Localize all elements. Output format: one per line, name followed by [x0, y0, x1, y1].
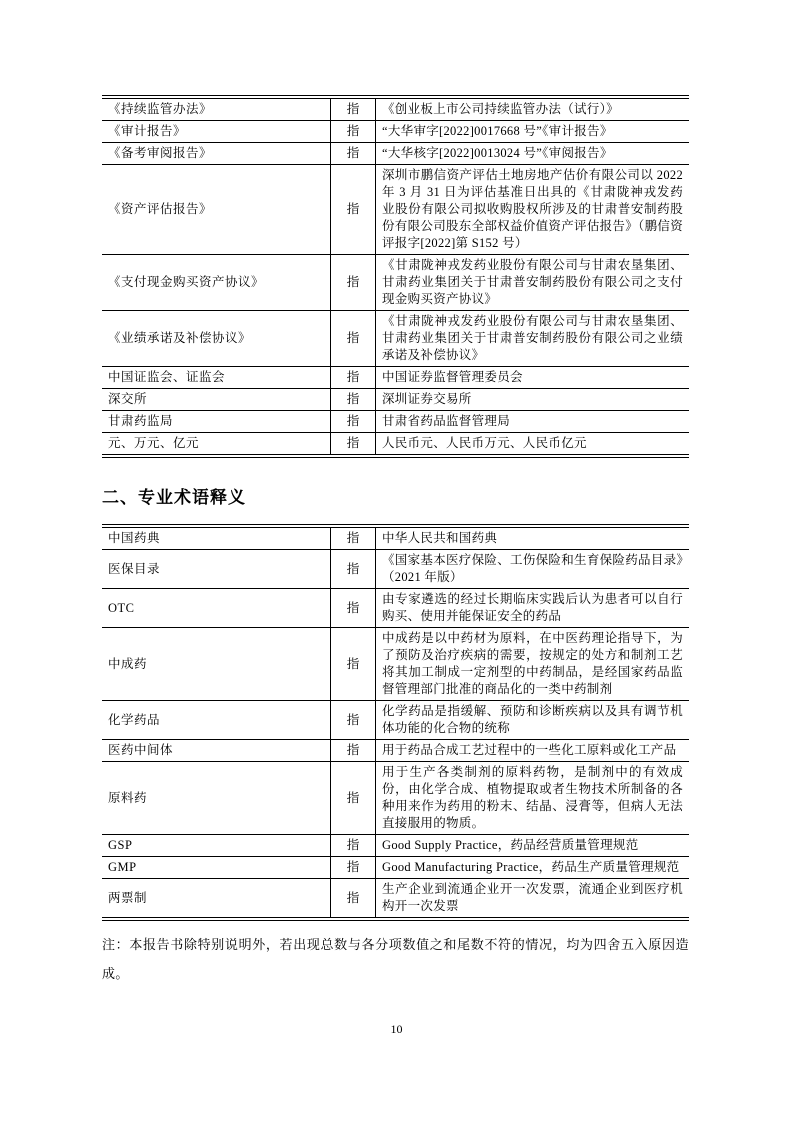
definition-cell: 深圳市鹏信资产评估土地房地产估价有限公司以 2022 年 3 月 31 日为评估…: [376, 165, 690, 255]
footnote: 注：本报告书除特别说明外，若出现总数与各分项数值之和尾数不符的情况，均为四舍五入…: [102, 930, 689, 988]
definition-cell: 化学药品是指缓解、预防和诊断疾病以及具有调节机体功能的化合物的统称: [376, 701, 690, 740]
indicator-cell: 指: [331, 121, 376, 143]
term-cell: 《备考审阅报告》: [102, 143, 331, 165]
indicator-cell: 指: [331, 701, 376, 740]
indicator-cell: 指: [331, 411, 376, 433]
term-cell: 两票制: [102, 879, 331, 920]
table-row: GSP 指 Good Supply Practice，药品经营质量管理规范: [102, 835, 689, 857]
term-cell: 《业绩承诺及补偿协议》: [102, 311, 331, 367]
indicator-cell: 指: [331, 97, 376, 121]
term-cell: GSP: [102, 835, 331, 857]
table-row: 化学药品 指 化学药品是指缓解、预防和诊断疾病以及具有调节机体功能的化合物的统称: [102, 701, 689, 740]
term-cell: 原料药: [102, 762, 331, 835]
term-cell: 《支付现金购买资产协议》: [102, 255, 331, 311]
table-row: 中成药 指 中成药是以中药材为原料，在中医药理论指导下，为了预防及治疗疾病的需要…: [102, 628, 689, 701]
document-page: 《持续监管办法》 指 《创业板上市公司持续监管办法（试行）》 《审计报告》 指 …: [0, 0, 793, 1122]
indicator-cell: 指: [331, 879, 376, 920]
term-cell: 中成药: [102, 628, 331, 701]
term-cell: GMP: [102, 857, 331, 879]
table-row: 《支付现金购买资产协议》 指 《甘肃陇神戎发药业股份有限公司与甘肃农垦集团、甘肃…: [102, 255, 689, 311]
table-row: 《持续监管办法》 指 《创业板上市公司持续监管办法（试行）》: [102, 97, 689, 121]
definition-cell: “大华审字[2022]0017668 号”《审计报告》: [376, 121, 690, 143]
indicator-cell: 指: [331, 389, 376, 411]
table-row: 中国药典 指 中华人民共和国药典: [102, 526, 689, 550]
definitions-table: 《持续监管办法》 指 《创业板上市公司持续监管办法（试行）》 《审计报告》 指 …: [102, 95, 689, 458]
table-row: 《资产评估报告》 指 深圳市鹏信资产评估土地房地产估价有限公司以 2022 年 …: [102, 165, 689, 255]
definition-cell: 《国家基本医疗保险、工伤保险和生育保险药品目录》（2021 年版）: [376, 550, 690, 589]
table-row: 两票制 指 生产企业到流通企业开一次发票，流通企业到医疗机构开一次发票: [102, 879, 689, 920]
indicator-cell: 指: [331, 165, 376, 255]
indicator-cell: 指: [331, 433, 376, 457]
term-cell: 《资产评估报告》: [102, 165, 331, 255]
table-row: 原料药 指 用于生产各类制剂的原料药物，是制剂中的有效成份，由化学合成、植物提取…: [102, 762, 689, 835]
table-row: 《备考审阅报告》 指 “大华核字[2022]0013024 号”《审阅报告》: [102, 143, 689, 165]
definition-cell: 《甘肃陇神戎发药业股份有限公司与甘肃农垦集团、甘肃药业集团关于甘肃普安制药股份有…: [376, 311, 690, 367]
table-row: 医保目录 指 《国家基本医疗保险、工伤保险和生育保险药品目录》（2021 年版）: [102, 550, 689, 589]
table-row: 《业绩承诺及补偿协议》 指 《甘肃陇神戎发药业股份有限公司与甘肃农垦集团、甘肃药…: [102, 311, 689, 367]
indicator-cell: 指: [331, 311, 376, 367]
term-cell: 医保目录: [102, 550, 331, 589]
definition-cell: 《甘肃陇神戎发药业股份有限公司与甘肃农垦集团、甘肃药业集团关于甘肃普安制药股份有…: [376, 255, 690, 311]
indicator-cell: 指: [331, 835, 376, 857]
term-cell: 《审计报告》: [102, 121, 331, 143]
definition-cell: Good Manufacturing Practice，药品生产质量管理规范: [376, 857, 690, 879]
term-cell: 医药中间体: [102, 740, 331, 762]
term-cell: 甘肃药监局: [102, 411, 331, 433]
definition-cell: 中华人民共和国药典: [376, 526, 690, 550]
table-row: 中国证监会、证监会 指 中国证券监督管理委员会: [102, 367, 689, 389]
term-cell: 化学药品: [102, 701, 331, 740]
definition-cell: 由专家遴选的经过长期临床实践后认为患者可以自行购买、使用并能保证安全的药品: [376, 589, 690, 628]
definition-cell: 甘肃省药品监督管理局: [376, 411, 690, 433]
indicator-cell: 指: [331, 589, 376, 628]
indicator-cell: 指: [331, 367, 376, 389]
definition-cell: 生产企业到流通企业开一次发票，流通企业到医疗机构开一次发票: [376, 879, 690, 920]
table-row: OTC 指 由专家遴选的经过长期临床实践后认为患者可以自行购买、使用并能保证安全…: [102, 589, 689, 628]
term-cell: 中国药典: [102, 526, 331, 550]
page-content: 《持续监管办法》 指 《创业板上市公司持续监管办法（试行）》 《审计报告》 指 …: [102, 95, 689, 988]
definition-cell: 中成药是以中药材为原料，在中医药理论指导下，为了预防及治疗疾病的需要，按规定的处…: [376, 628, 690, 701]
term-cell: OTC: [102, 589, 331, 628]
term-cell: 元、万元、亿元: [102, 433, 331, 457]
page-number: 10: [0, 1022, 793, 1037]
table-row: 医药中间体 指 用于药品合成工艺过程中的一些化工原料或化工产品: [102, 740, 689, 762]
table-row: GMP 指 Good Manufacturing Practice，药品生产质量…: [102, 857, 689, 879]
definition-cell: 用于药品合成工艺过程中的一些化工原料或化工产品: [376, 740, 690, 762]
table-row: 元、万元、亿元 指 人民币元、人民币万元、人民币亿元: [102, 433, 689, 457]
section-heading: 二、专业术语释义: [102, 483, 689, 508]
definition-cell: 用于生产各类制剂的原料药物，是制剂中的有效成份，由化学合成、植物提取或者生物技术…: [376, 762, 690, 835]
table-row: 甘肃药监局 指 甘肃省药品监督管理局: [102, 411, 689, 433]
indicator-cell: 指: [331, 857, 376, 879]
term-cell: 《持续监管办法》: [102, 97, 331, 121]
indicator-cell: 指: [331, 762, 376, 835]
term-cell: 深交所: [102, 389, 331, 411]
indicator-cell: 指: [331, 143, 376, 165]
indicator-cell: 指: [331, 628, 376, 701]
definition-cell: 《创业板上市公司持续监管办法（试行）》: [376, 97, 690, 121]
indicator-cell: 指: [331, 526, 376, 550]
definition-cell: 中国证券监督管理委员会: [376, 367, 690, 389]
definition-cell: 人民币元、人民币万元、人民币亿元: [376, 433, 690, 457]
indicator-cell: 指: [331, 255, 376, 311]
indicator-cell: 指: [331, 740, 376, 762]
table-row: 深交所 指 深圳证券交易所: [102, 389, 689, 411]
definition-cell: Good Supply Practice，药品经营质量管理规范: [376, 835, 690, 857]
term-cell: 中国证监会、证监会: [102, 367, 331, 389]
definition-cell: “大华核字[2022]0013024 号”《审阅报告》: [376, 143, 690, 165]
indicator-cell: 指: [331, 550, 376, 589]
terms-table: 中国药典 指 中华人民共和国药典 医保目录 指 《国家基本医疗保险、工伤保险和生…: [102, 524, 689, 921]
table-row: 《审计报告》 指 “大华审字[2022]0017668 号”《审计报告》: [102, 121, 689, 143]
definition-cell: 深圳证券交易所: [376, 389, 690, 411]
